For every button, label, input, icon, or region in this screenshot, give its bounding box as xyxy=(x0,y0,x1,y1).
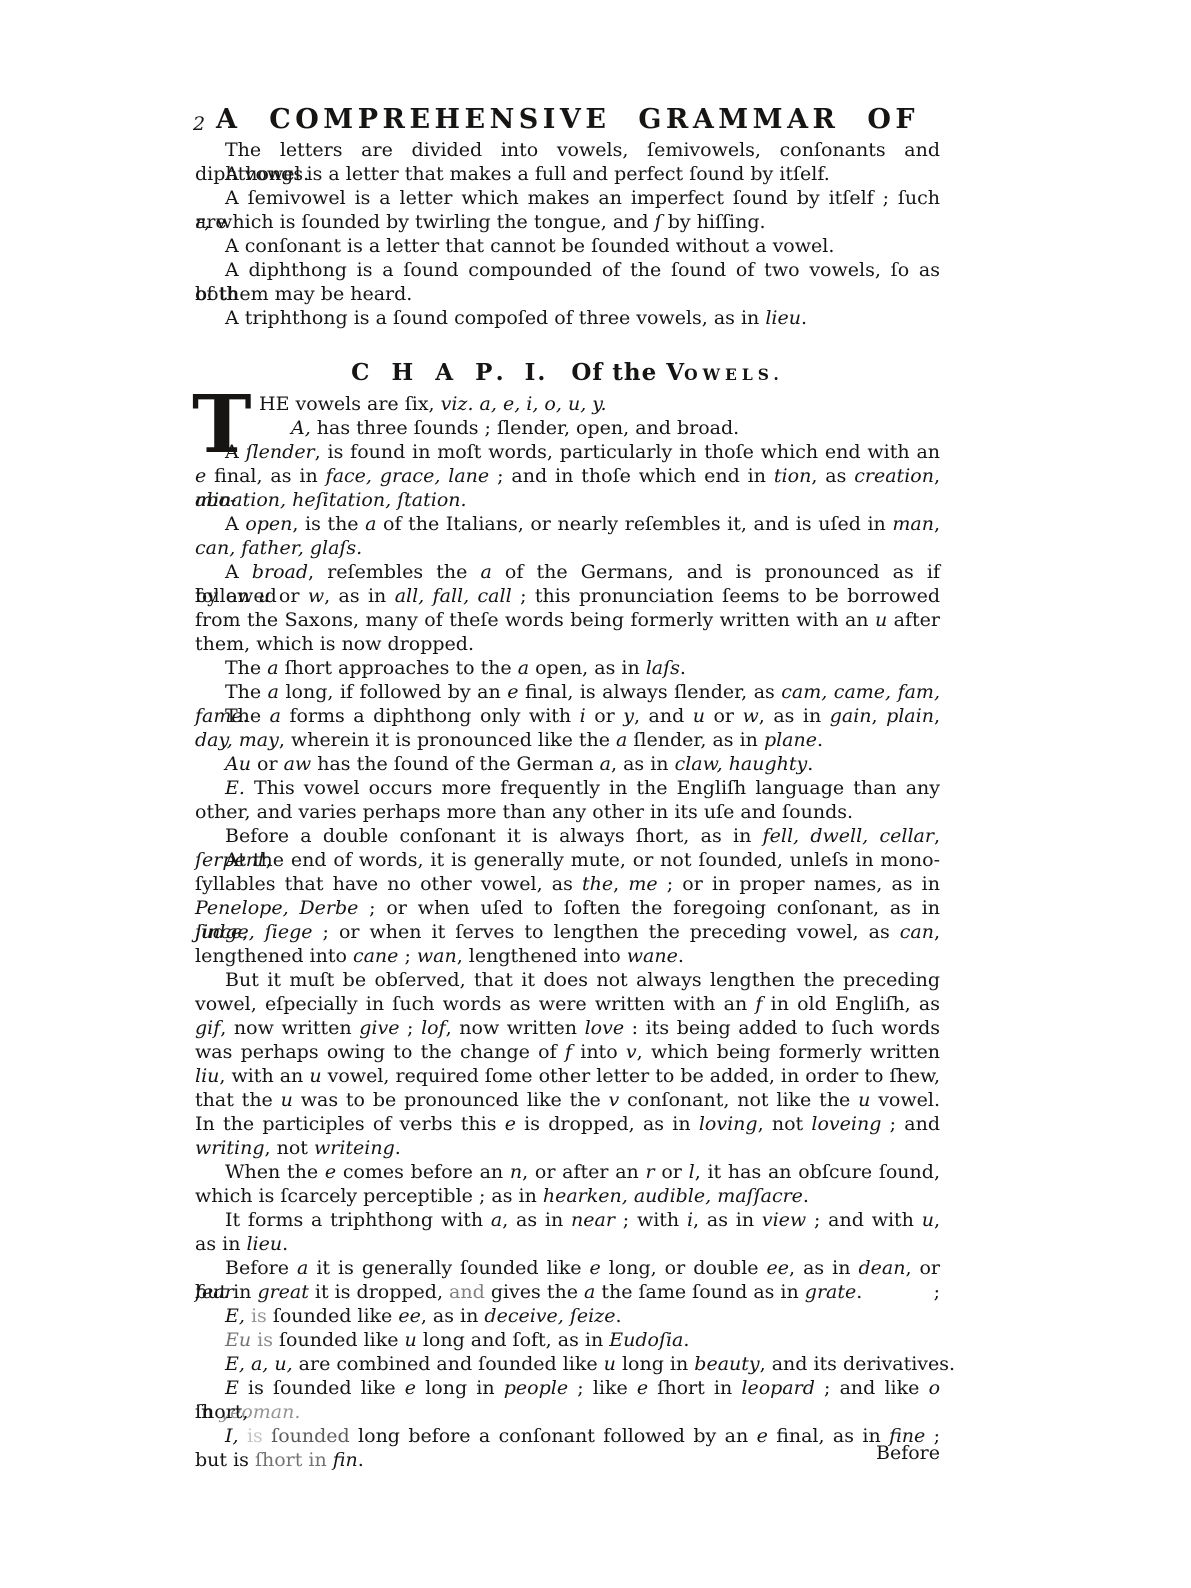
text-run: a xyxy=(600,753,611,775)
text-run: claw, haughty xyxy=(675,753,808,775)
text-line: judge, ſiege ; or when it ſerves to leng… xyxy=(195,920,940,944)
text-run: fin xyxy=(333,1449,358,1471)
text-run: long before a conſonant followed by an xyxy=(350,1425,757,1447)
text-run: ; and with xyxy=(806,1209,922,1231)
text-run: I, xyxy=(225,1425,239,1447)
text-run: e xyxy=(637,1377,648,1399)
text-line: The letters are divided into vowels, ſem… xyxy=(195,138,940,162)
text-run: , as in xyxy=(759,705,830,727)
heading-period: . xyxy=(773,365,783,384)
text-run: r xyxy=(195,211,204,233)
text-run: has the ſound of the German xyxy=(311,753,600,775)
text-run: ; like xyxy=(568,1377,637,1399)
text-run xyxy=(239,1425,247,1447)
text-run: Eudoſia xyxy=(609,1329,683,1351)
text-run: a xyxy=(365,513,376,535)
text-run: Penelope, Derbe xyxy=(195,897,358,919)
text-run: but is xyxy=(195,1449,255,1471)
text-run: by hiſſing. xyxy=(662,211,766,233)
text-run: near xyxy=(571,1209,615,1231)
text-line: I, is ſounded long before a conſonant fo… xyxy=(195,1424,940,1448)
text-run: or xyxy=(705,705,743,727)
text-run: day, may xyxy=(195,729,279,751)
text-run: beauty xyxy=(694,1353,759,1375)
text-run: long in xyxy=(616,1353,694,1375)
text-run: liu xyxy=(195,1065,219,1087)
text-run: ee xyxy=(398,1305,421,1327)
text-run: , xyxy=(934,705,940,727)
text-run: or xyxy=(655,1161,689,1183)
text-line: can, father, glaſs. xyxy=(195,536,940,560)
running-header: 2 A COMPREHENSIVE GRAMMAR OF xyxy=(195,104,940,138)
text-line: but is ſhort in fin.Before xyxy=(195,1448,940,1472)
text-run: A xyxy=(225,513,245,535)
text-run: , as in xyxy=(789,1257,858,1279)
text-run: o xyxy=(929,1377,940,1399)
text-run: . xyxy=(856,1281,862,1303)
text-run: plain xyxy=(886,705,934,727)
text-run: me xyxy=(628,873,657,895)
text-line: HE vowels are ſix, viz. a, e, i, o, u, y… xyxy=(195,392,940,416)
text-run: , is found in moſt words, particularly i… xyxy=(315,441,940,463)
text-run: u xyxy=(309,1065,321,1087)
text-run: the xyxy=(582,873,613,895)
text-run: ſhort in xyxy=(648,1377,741,1399)
text-run: v xyxy=(609,1089,620,1111)
text-run: It forms a triphthong with xyxy=(225,1209,491,1231)
text-run: e xyxy=(405,1377,416,1399)
text-run: or xyxy=(251,753,284,775)
text-run: When the xyxy=(225,1161,325,1183)
text-run: lieu xyxy=(765,307,801,329)
text-line: that the u was to be pronounced like the… xyxy=(195,1088,940,1112)
catchword: Before xyxy=(876,1441,940,1465)
text-run: ; with xyxy=(615,1209,687,1231)
text-run: E, a, u, xyxy=(225,1353,293,1375)
text-run: A triphthong is a ſound compoſed of thre… xyxy=(225,307,765,329)
text-run: are combined and ſounded like xyxy=(293,1353,604,1375)
text-run: A vowel is a letter that makes a full an… xyxy=(225,163,830,185)
text-run: , reſembles the xyxy=(308,561,480,583)
text-run: In the participles of verbs this xyxy=(195,1113,505,1135)
text-run: plane xyxy=(764,729,817,751)
text-run: as in xyxy=(195,1233,246,1255)
text-line: A diphthong is a ſound compounded of the… xyxy=(195,258,940,282)
text-run: vowel. xyxy=(870,1089,940,1111)
text-run: u xyxy=(858,1089,870,1111)
text-run: man xyxy=(892,513,934,535)
text-run: E, xyxy=(225,1305,245,1327)
text-run: creation xyxy=(854,465,934,487)
chapter-body: T HE vowels are ſix, viz. a, e, i, o, u,… xyxy=(195,392,940,1472)
text-run: which is ſcarcely perceptible ; as in xyxy=(195,1185,543,1207)
text-run: , or after an xyxy=(522,1161,645,1183)
text-run: other, and varies perhaps more than any … xyxy=(195,801,853,823)
text-run: all, fall, call xyxy=(395,585,512,607)
text-run: aw xyxy=(284,753,312,775)
text-line: The a long, if followed by an e final, i… xyxy=(195,680,940,704)
text-line: gif, now written give ; lof, now written… xyxy=(195,1016,940,1040)
text-line: of them may be heard. xyxy=(195,282,940,306)
text-run: a, e, i, o, u, y. xyxy=(480,393,607,415)
text-run: final, as in xyxy=(768,1425,889,1447)
text-run: tion xyxy=(774,465,811,487)
text-run: , as xyxy=(811,465,854,487)
text-run: ; or in proper names, as in xyxy=(658,873,940,895)
text-run: , xyxy=(872,705,887,727)
text-run: is dropped, as in xyxy=(516,1113,699,1135)
text-run: a xyxy=(491,1209,502,1231)
text-run: , as in xyxy=(502,1209,571,1231)
text-run: yeoman. xyxy=(219,1401,300,1423)
text-run: Before a double conſonant it is always ſ… xyxy=(225,825,763,847)
text-run: , as in xyxy=(611,753,675,775)
text-run: the ſame ſound as in xyxy=(595,1281,804,1303)
text-run: people xyxy=(504,1377,568,1399)
text-run: . xyxy=(282,1233,288,1255)
text-run: ſlender, as in xyxy=(627,729,764,751)
text-run: y xyxy=(623,705,634,727)
text-run: Before xyxy=(225,1257,297,1279)
text-run: u xyxy=(693,705,705,727)
text-run: n xyxy=(510,1161,522,1183)
text-run: . xyxy=(615,1305,621,1327)
text-run: open xyxy=(245,513,292,535)
text-run: , as in xyxy=(324,585,395,607)
text-run: . xyxy=(678,945,684,967)
chapter-label: C H A P. xyxy=(351,359,510,386)
text-run: . xyxy=(395,1137,401,1159)
text-run: face, grace, lane xyxy=(326,465,490,487)
text-run: loveing xyxy=(811,1113,881,1135)
text-run: E xyxy=(225,1377,239,1399)
text-run: leopard xyxy=(741,1377,815,1399)
text-run: is xyxy=(257,1329,273,1351)
chapter-numeral: I. xyxy=(525,359,548,386)
text-line: A open, is the a of the Italians, or nea… xyxy=(195,512,940,536)
text-run: ; or when it ſerves to lengthen the prec… xyxy=(313,921,900,943)
text-run: HE vowels are ſix, xyxy=(259,393,441,415)
text-run: gives the xyxy=(485,1281,584,1303)
text-line: Eu is ſounded like u long and ſoft, as i… xyxy=(195,1328,940,1352)
text-run: a xyxy=(480,561,491,583)
text-run: ; xyxy=(398,945,416,967)
text-run: , which being formerly written xyxy=(637,1041,940,1063)
text-run: e xyxy=(325,1161,336,1183)
text-run: u xyxy=(405,1329,417,1351)
text-run: w xyxy=(308,585,324,607)
text-line: from the Saxons, many of theſe words bei… xyxy=(195,608,940,632)
text-run: deceive, ſeize xyxy=(484,1305,615,1327)
text-line: E. This vowel occurs more frequently in … xyxy=(195,776,940,800)
text-run: comes before an xyxy=(336,1161,510,1183)
text-run: writeing xyxy=(314,1137,395,1159)
text-run: ; this pronunciation ſeems to be borrowe… xyxy=(512,585,940,607)
text-run: e xyxy=(505,1113,516,1135)
text-run: . xyxy=(803,1185,809,1207)
text-run: e xyxy=(195,465,206,487)
text-run: mination, heſitation, ſtation. xyxy=(195,489,467,511)
text-run: v xyxy=(626,1041,637,1063)
text-line: At the end of words, it is generally mut… xyxy=(195,848,940,872)
text-line: A ſemivowel is a letter which makes an i… xyxy=(195,186,940,210)
text-run: . xyxy=(817,729,823,751)
text-run: a xyxy=(584,1281,595,1303)
text-run: ſlender xyxy=(246,441,315,463)
text-run: ; xyxy=(399,1017,421,1039)
text-line: E, is ſounded like ee, as in deceive, ſe… xyxy=(195,1304,940,1328)
text-run: The xyxy=(225,657,267,679)
text-run: a xyxy=(268,681,279,703)
text-run: ſyllables that have no other vowel, as xyxy=(195,873,582,895)
text-run: , now written xyxy=(446,1017,585,1039)
text-run: A, xyxy=(291,417,311,439)
text-line: which is ſcarcely perceptible ; as in he… xyxy=(195,1184,940,1208)
chapter-subtitle: Of the xyxy=(571,359,657,386)
text-run: e xyxy=(589,1257,600,1279)
text-run: dean xyxy=(858,1257,905,1279)
text-run: long, or double xyxy=(601,1257,767,1279)
text-run: ; and in thoſe which end in xyxy=(489,465,774,487)
text-run: cane xyxy=(353,945,398,967)
text-run: them, which is now dropped. xyxy=(195,633,474,655)
text-run: vowel, required ſome other letter to be … xyxy=(322,1065,940,1087)
text-run: gain xyxy=(830,705,872,727)
text-run: , wherein it is pronounced like the xyxy=(279,729,616,751)
text-line: Au or aw has the ſound of the German a, … xyxy=(195,752,940,776)
text-run: loving xyxy=(699,1113,758,1135)
text-run: or xyxy=(271,585,308,607)
text-run: , xyxy=(934,921,940,943)
text-run: has three ſounds ; ſlender, open, and br… xyxy=(311,417,739,439)
text-run: ſhort in xyxy=(255,1449,327,1471)
text-run: ; and xyxy=(881,1113,940,1135)
text-run: but in xyxy=(195,1281,257,1303)
chapter-heading: C H A P.I.Of theVOWELS. xyxy=(195,359,940,386)
text-line: E, a, u, are combined and ſounded like u… xyxy=(195,1352,940,1376)
text-run: , or xyxy=(905,1257,940,1279)
text-run xyxy=(263,1425,271,1447)
text-run: u xyxy=(281,1089,293,1111)
text-line: But it muſt be obſerved, that it does no… xyxy=(195,968,940,992)
text-run: in old Engliſh, as xyxy=(762,993,940,1015)
text-run: or xyxy=(586,705,624,727)
text-run: judge, ſiege xyxy=(195,921,313,943)
text-run: gif xyxy=(195,1017,220,1039)
text-line: In the participles of verbs this e is dr… xyxy=(195,1112,940,1136)
text-run: final, is always ſlender, as xyxy=(519,681,782,703)
text-line: lengthened into cane ; wan, lengthened i… xyxy=(195,944,940,968)
scanned-book-page: 2 A COMPREHENSIVE GRAMMAR OF The letters… xyxy=(0,0,1191,1588)
vowels-word-smallcaps: OWELS xyxy=(684,365,773,384)
text-run: A conſonant is a letter that cannot be ſ… xyxy=(225,235,834,257)
text-run: of them may be heard. xyxy=(195,283,412,305)
text-run: , is the xyxy=(292,513,365,535)
text-run: , with an xyxy=(219,1065,309,1087)
text-run: was to be pronounced like the xyxy=(293,1089,609,1111)
text-line: as in lieu. xyxy=(195,1232,940,1256)
text-line: It forms a triphthong with a, as in near… xyxy=(195,1208,940,1232)
text-line: A, has three ſounds ; ſlender, open, and… xyxy=(195,416,940,440)
text-run: long in xyxy=(416,1377,504,1399)
text-line: The a forms a diphthong only with i or y… xyxy=(195,704,940,728)
text-line: A triphthong is a ſound compoſed of thre… xyxy=(195,306,940,330)
text-run: , as in xyxy=(421,1305,485,1327)
text-run: and xyxy=(449,1281,485,1303)
text-run: laſs xyxy=(646,657,680,679)
text-line: e final, as in face, grace, lane ; and i… xyxy=(195,464,940,488)
text-run: : its being added to ſuch words xyxy=(624,1017,940,1039)
text-run: , xyxy=(934,465,940,487)
text-run: a xyxy=(297,1257,308,1279)
text-run: This vowel occurs more frequently in the… xyxy=(245,777,940,799)
text-run: it is dropped, xyxy=(309,1281,449,1303)
text-run: vowel, eſpecially in ſuch words as were … xyxy=(195,993,755,1015)
text-run: lengthened into xyxy=(195,945,353,967)
text-run: forms a diphthong only with xyxy=(281,705,580,727)
text-run: , xyxy=(934,513,940,535)
text-line: writing, not writeing. xyxy=(195,1136,940,1160)
text-line: mination, heſitation, ſtation. xyxy=(195,488,940,512)
text-run: Au xyxy=(225,753,251,775)
text-run: E. xyxy=(225,777,245,799)
text-line: A broad, reſembles the a of the Germans,… xyxy=(195,560,940,584)
text-run: A xyxy=(225,561,252,583)
text-line: was perhaps owing to the change of f int… xyxy=(195,1040,940,1064)
text-run: writing xyxy=(195,1137,265,1159)
text-run: lof xyxy=(421,1017,446,1039)
text-run: , xyxy=(613,873,628,895)
text-run: grate xyxy=(805,1281,856,1303)
text-run: into xyxy=(572,1041,626,1063)
page-number: 2 xyxy=(193,113,205,135)
text-run: can, father, glaſs. xyxy=(195,537,362,559)
text-run: , xyxy=(934,825,940,847)
text-run: ſounded like xyxy=(273,1329,405,1351)
text-run: . xyxy=(683,1329,689,1351)
text-run: Eu xyxy=(225,1329,251,1351)
text-run: , and its derivatives. xyxy=(760,1353,955,1375)
text-run: . xyxy=(807,753,813,775)
text-run: . xyxy=(358,1449,364,1471)
text-run: , not xyxy=(758,1113,812,1135)
text-run: long and ſoft, as in xyxy=(417,1329,609,1351)
text-run: The xyxy=(225,681,268,703)
text-run: is xyxy=(251,1305,267,1327)
vowels-word-initial: V xyxy=(666,359,684,386)
text-line: other, and varies perhaps more than any … xyxy=(195,800,940,824)
text-run: , it has an obſcure ſound, xyxy=(695,1161,940,1183)
text-line: A conſonant is a letter that cannot be ſ… xyxy=(195,234,940,258)
text-line: A ſlender, is found in moſt words, parti… xyxy=(195,440,940,464)
text-run: love xyxy=(585,1017,625,1039)
text-run: f xyxy=(565,1041,572,1063)
text-run: lieu xyxy=(246,1233,282,1255)
text-line: ſyllables that have no other vowel, as t… xyxy=(195,872,940,896)
text-run: open, as in xyxy=(529,657,646,679)
text-run: view xyxy=(762,1209,806,1231)
text-line: r, which is ſounded by twirling the tong… xyxy=(195,210,940,234)
text-run: r xyxy=(646,1161,655,1183)
running-title: A COMPREHENSIVE GRAMMAR OF xyxy=(195,104,940,135)
text-run: long, if followed by an xyxy=(279,681,507,703)
text-run: . xyxy=(680,657,686,679)
text-run: viz. xyxy=(441,393,474,415)
text-line: by an u or w, as in all, fall, call ; th… xyxy=(195,584,940,608)
text-run: can xyxy=(900,921,934,943)
text-run: , and xyxy=(634,705,693,727)
text-run: A xyxy=(225,441,246,463)
text-run: u xyxy=(604,1353,616,1375)
intro-paragraphs: The letters are divided into vowels, ſem… xyxy=(195,138,940,330)
text-run: by an xyxy=(195,585,258,607)
text-run: final, as in xyxy=(206,465,325,487)
text-run: . xyxy=(801,307,807,329)
text-run: in xyxy=(195,1401,219,1423)
text-run: , lengthened into xyxy=(457,945,627,967)
text-run: , which is ſounded by twirling the tongu… xyxy=(204,211,655,233)
text-run: great xyxy=(257,1281,308,1303)
text-run: from the Saxons, many of theſe words bei… xyxy=(195,609,875,631)
text-run: ſhort approaches to the xyxy=(279,657,518,679)
text-line: The a ſhort approaches to the a open, as… xyxy=(195,656,940,680)
text-run: At the end of words, it is generally mut… xyxy=(225,849,940,871)
text-run: broad xyxy=(252,561,308,583)
text-line: E is ſounded like e long in people ; lik… xyxy=(195,1376,940,1400)
text-run: w xyxy=(743,705,759,727)
text-run: a xyxy=(518,657,529,679)
text-line: When the e comes before an n, or after a… xyxy=(195,1160,940,1184)
text-run: is xyxy=(247,1425,263,1447)
text-run: that the xyxy=(195,1089,281,1111)
text-run: The xyxy=(225,705,270,727)
text-run: e xyxy=(757,1425,768,1447)
text-run: hearken, audible, maſſacre xyxy=(543,1185,803,1207)
text-run: was perhaps owing to the change of xyxy=(195,1041,565,1063)
text-run: ſ xyxy=(655,211,662,233)
text-run: ee xyxy=(767,1257,790,1279)
text-run: u xyxy=(875,609,887,631)
text-run: , as in xyxy=(693,1209,762,1231)
text-run: u xyxy=(922,1209,934,1231)
text-run: conſonant, not like the xyxy=(619,1089,858,1111)
text-run: e xyxy=(507,681,518,703)
text-run: a xyxy=(616,729,627,751)
text-run: ſounded xyxy=(271,1425,350,1447)
text-line: liu, with an u vowel, required ſome othe… xyxy=(195,1064,940,1088)
text-run: , xyxy=(934,1209,940,1231)
text-run: wan xyxy=(417,945,457,967)
text-run: is ſounded like xyxy=(239,1377,405,1399)
text-line: them, which is now dropped. xyxy=(195,632,940,656)
text-run: fell, dwell, cellar xyxy=(763,825,934,847)
text-line: Before a double conſonant it is always ſ… xyxy=(195,824,940,848)
text-run: after xyxy=(887,609,940,631)
text-run: a xyxy=(267,657,278,679)
text-run: , not xyxy=(265,1137,314,1159)
text-run: a xyxy=(270,705,281,727)
text-line: A vowel is a letter that makes a full an… xyxy=(195,162,940,186)
text-line: vowel, eſpecially in ſuch words as were … xyxy=(195,992,940,1016)
text-run: ; and like xyxy=(815,1377,929,1399)
text-line: day, may, wherein it is pronounced like … xyxy=(195,728,940,752)
text-run: it is generally ſounded like xyxy=(308,1257,589,1279)
text-line: but in great it is dropped, and gives th… xyxy=(195,1280,940,1304)
text-line: Before a it is generally ſounded like e … xyxy=(195,1256,940,1280)
text-line: Penelope, Derbe ; or when uſed to ſoften… xyxy=(195,896,940,920)
text-run: ſounded like xyxy=(267,1305,399,1327)
text-run: ; or when uſed to ſoften the foregoing c… xyxy=(358,897,940,919)
